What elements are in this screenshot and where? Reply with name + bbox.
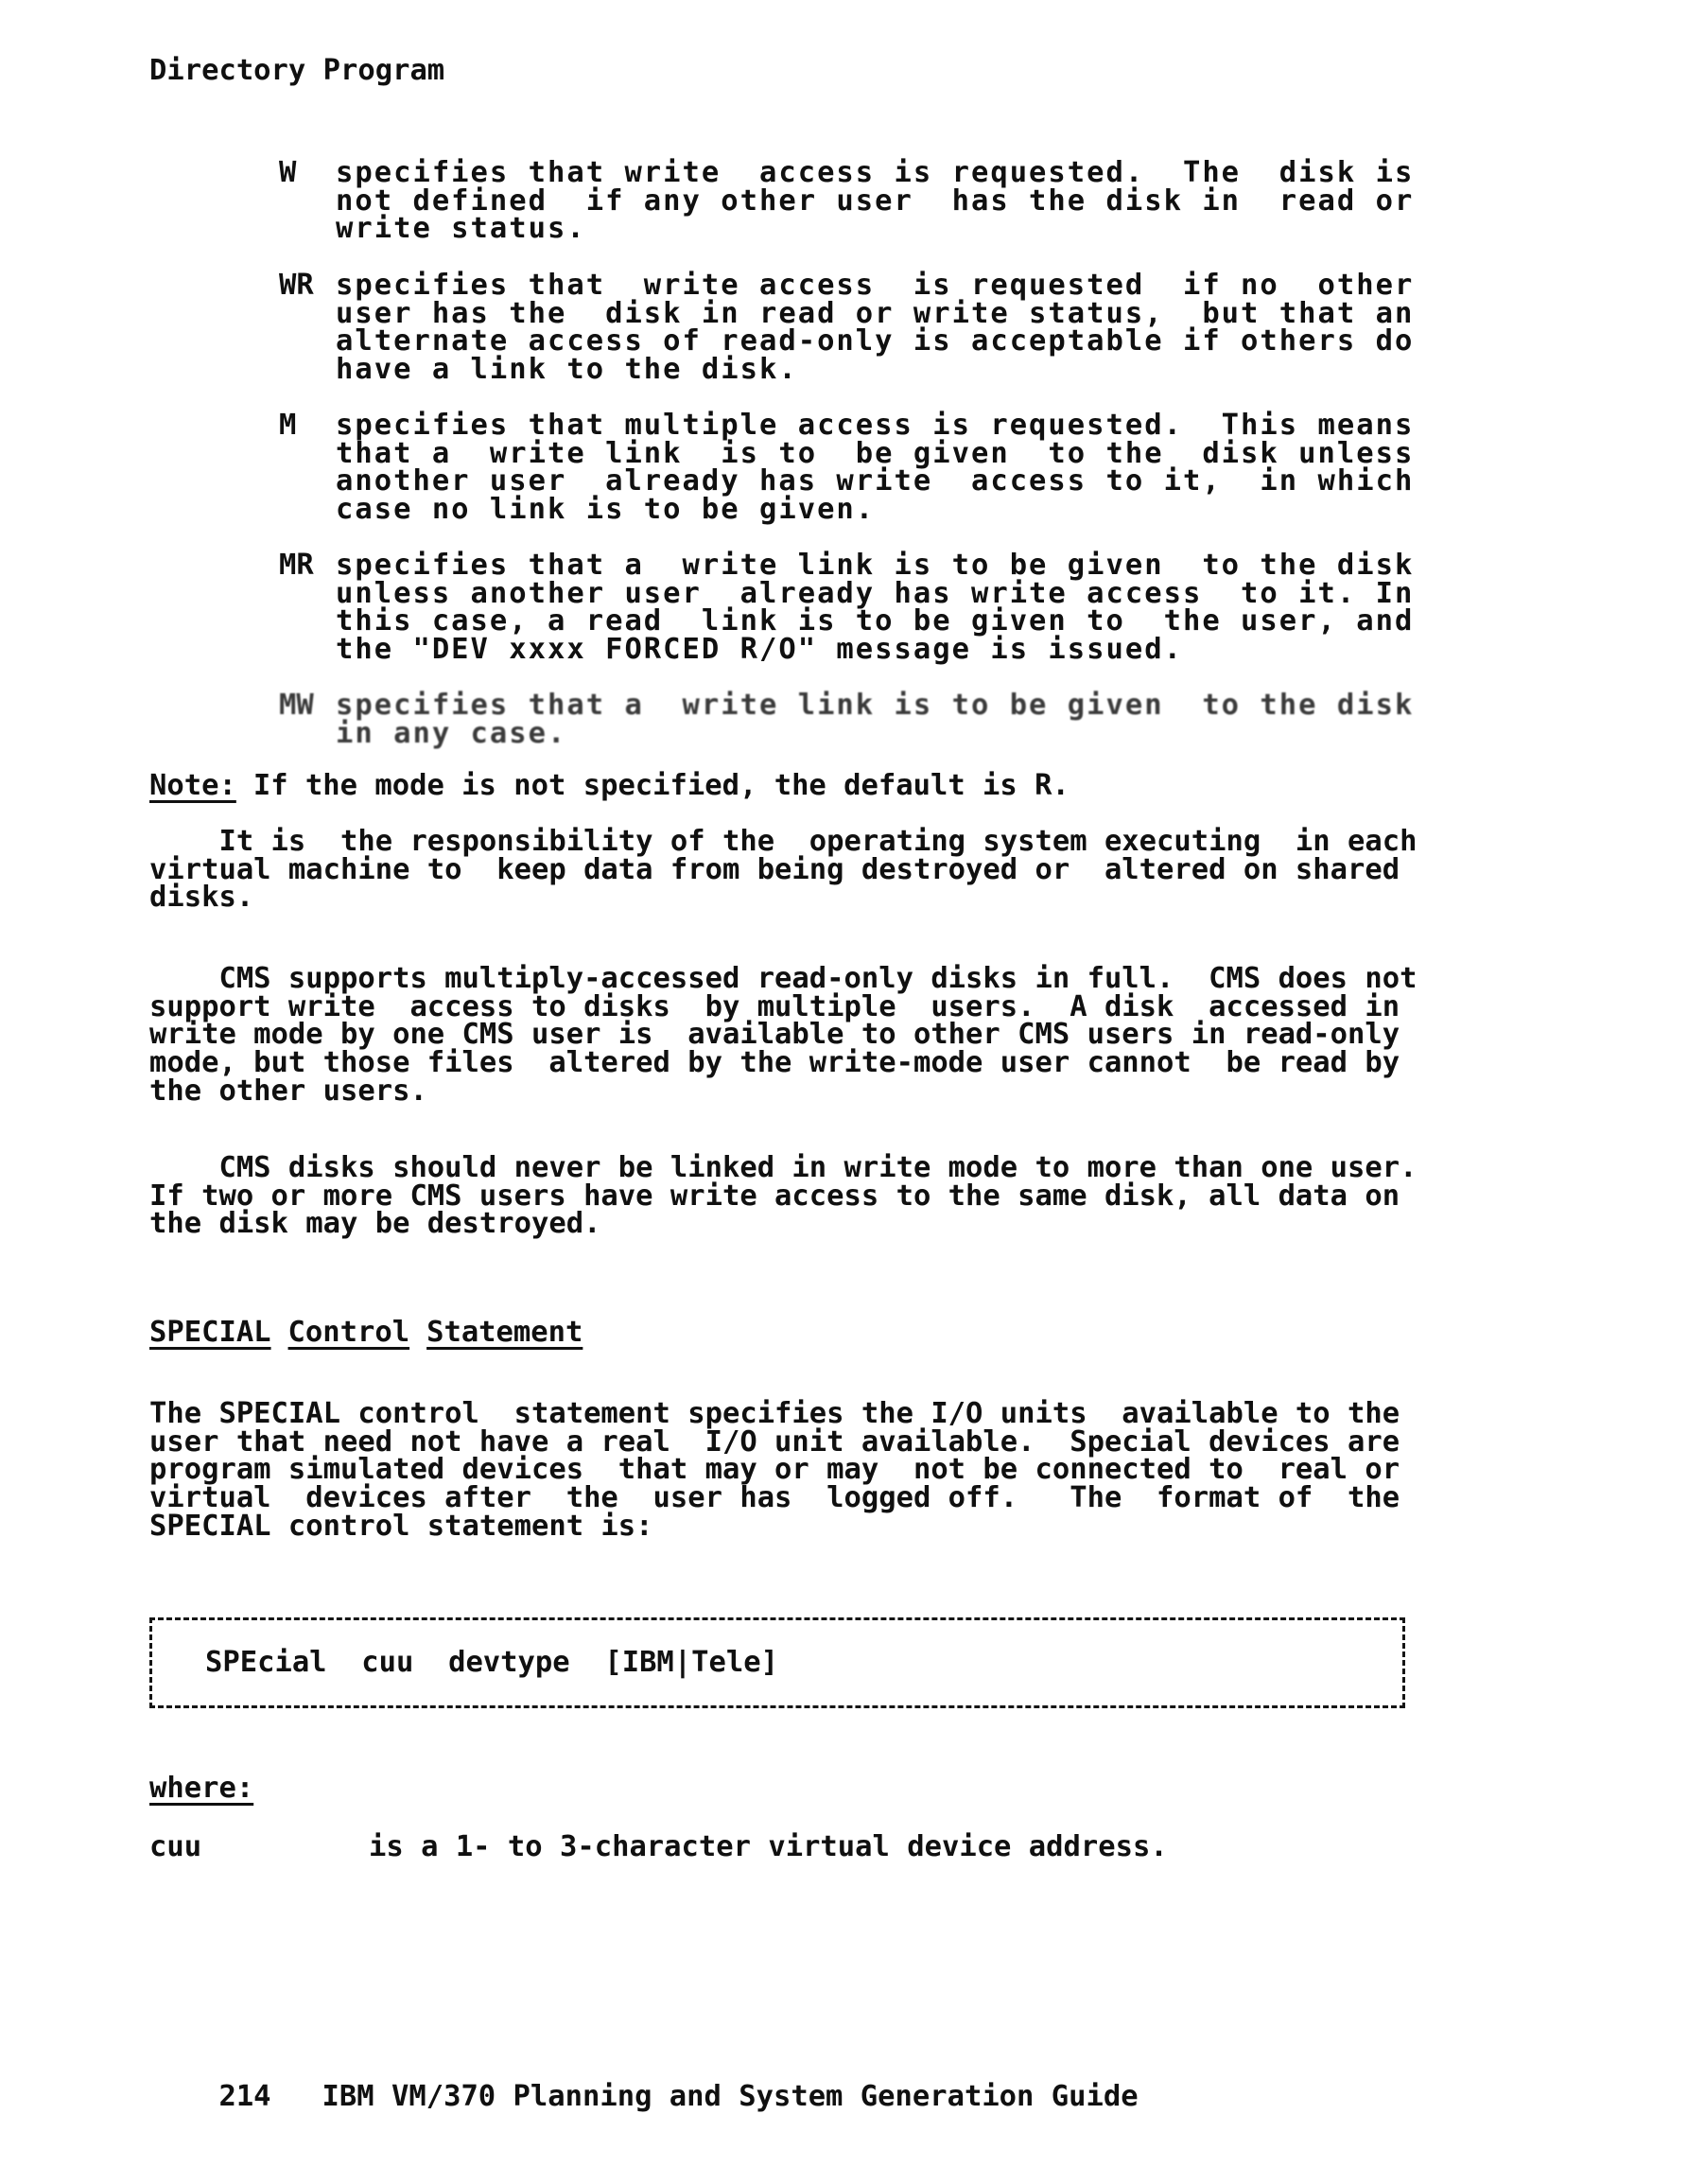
definition-term: W [279, 159, 296, 187]
heading-word: Statement [426, 1316, 583, 1349]
footer-page-number: 214 [218, 2080, 270, 2113]
paragraph-responsibility: It is the responsibility of the operatin… [149, 828, 1417, 912]
definition-term: MR [279, 551, 314, 580]
definition-item-wr: WR specifies that write access is reques… [279, 271, 1414, 384]
definition-item-mr: MR specifies that a write link is to be … [279, 551, 1414, 664]
definition-term: MW [279, 691, 314, 720]
definition-item-mw: MW specifies that a write link is to be … [279, 691, 1414, 747]
definition-text: specifies that a write link is to be giv… [336, 551, 1414, 664]
note-paragraph: Note:If the mode is not specified, the d… [149, 772, 1070, 800]
heading-word: Control [288, 1316, 410, 1349]
operand-term: cuu [149, 1833, 201, 1861]
special-section-heading: SPECIALControlStatement [149, 1319, 600, 1347]
special-intro-paragraph: The SPECIAL control statement specifies … [149, 1400, 1400, 1541]
where-label: where: [149, 1774, 253, 1803]
page-footer: 214IBM VM/370 Planning and System Genera… [149, 2054, 1139, 2139]
heading-word: SPECIAL [149, 1316, 271, 1349]
syntax-box: SPEcial cuu devtype [IBM|Tele] [149, 1617, 1405, 1708]
manual-page: Directory Program W specifies that write… [0, 0, 1687, 2184]
definition-term: M [279, 411, 296, 440]
definition-text: specifies that write access is requested… [336, 159, 1414, 243]
definition-text: specifies that multiple access is reques… [336, 411, 1414, 524]
definition-text: specifies that a write link is to be giv… [336, 691, 1414, 747]
note-label: Note: [149, 769, 236, 802]
paragraph-cms-supports: CMS supports multiply-accessed read-only… [149, 965, 1417, 1106]
note-text: If the mode is not specified, the defaul… [253, 769, 1070, 802]
syntax-statement: SPEcial cuu devtype [IBM|Tele] [152, 1649, 778, 1677]
operand-row-cuu: cuu is a 1- to 3-character virtual devic… [149, 1833, 1168, 1861]
definition-item-m: M specifies that multiple access is requ… [279, 411, 1414, 524]
definition-text: specifies that write access is requested… [336, 271, 1414, 384]
footer-title: IBM VM/370 Planning and System Generatio… [322, 2080, 1139, 2113]
definition-item-w: W specifies that write access is request… [279, 159, 1414, 243]
page-header: Directory Program [149, 57, 444, 85]
definition-term: WR [279, 271, 314, 300]
paragraph-cms-disks: CMS disks should never be linked in writ… [149, 1154, 1417, 1238]
operand-text: is a 1- to 3-character virtual device ad… [369, 1833, 1168, 1861]
